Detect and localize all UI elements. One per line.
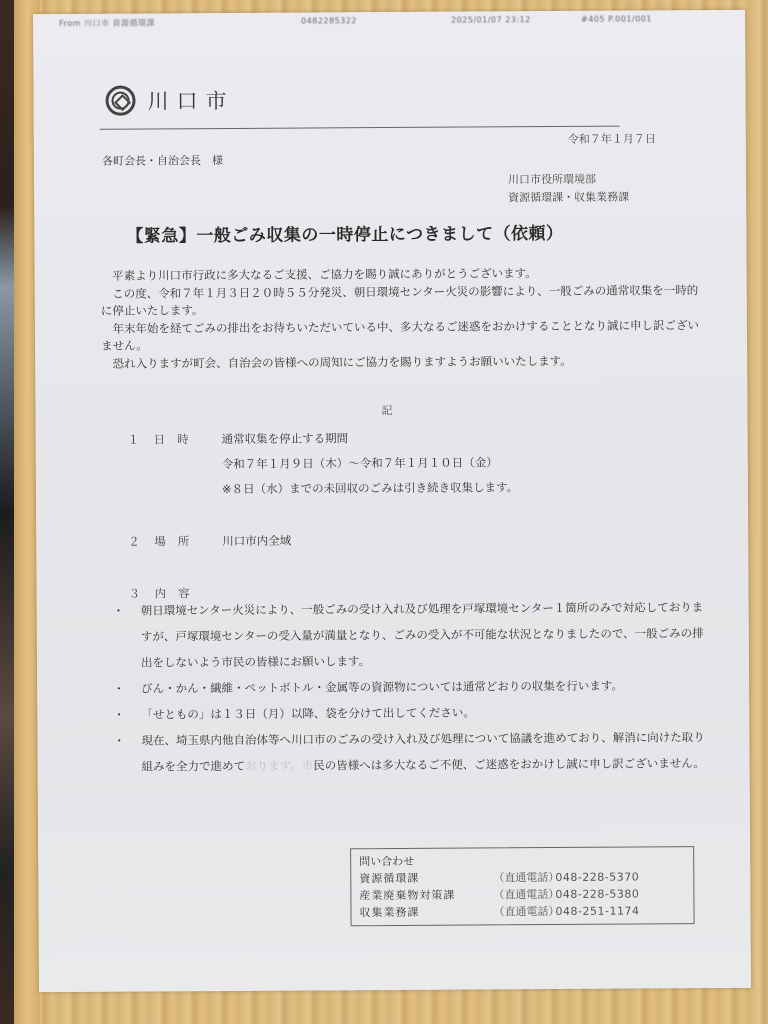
- contact-heading: 問い合わせ: [359, 851, 685, 870]
- letterhead: 川口市: [105, 85, 234, 116]
- sender-department: 川口市役所環境部: [508, 171, 629, 190]
- contact-kind: （直通電話）: [493, 886, 555, 903]
- contact-phone: 048-228-5370: [555, 868, 639, 886]
- sender-sections: 資源循環課・収集業務課: [508, 189, 629, 208]
- notice-title: 【緊急】一般ごみ収集の一時停止につきまして（依頼）: [126, 219, 563, 247]
- bullet-item: ・ 現在、埼玉県内他自治体等へ川口市のごみの受け入れ及び処理について協議を進めて…: [113, 724, 713, 780]
- bullet-dot-icon: ・: [113, 702, 141, 728]
- fax-page: #405 P.001/001: [581, 14, 652, 23]
- section-1-number: １: [128, 432, 140, 448]
- fax-from: From 川口市 資源循環課: [59, 17, 155, 29]
- body-paragraph: 年末年始を経てごみの排出をお待ちいただいている中、多大なるご迷惑をおかけすること…: [101, 317, 701, 356]
- bullet-text-part: 民の皆様へは多大なるご不便、ご迷惑をおかけし誠に申し訳ございません。: [313, 756, 705, 772]
- section-2-number: ２: [128, 534, 140, 550]
- section-1-line: ※８日（水）までの未回収のごみは引き続き収集します。: [222, 479, 518, 497]
- header-divider: [100, 126, 620, 130]
- bullet-text: 「せともの」は１３日（月）以降、袋を分けて出してください。: [141, 699, 475, 727]
- bullet-dot-icon: ・: [113, 598, 141, 676]
- bullet-dot-icon: ・: [113, 728, 141, 780]
- body-paragraphs: 平素より川口市行政に多大なるご支援、ご協力を賜り誠にありがとうございます。 この…: [101, 264, 702, 373]
- content-bullets: ・ 朝日環境センター火災により、一般ごみの受け入れ及び処理を戸塚環境センター１箇…: [113, 594, 714, 780]
- contact-phone: 048-228-5380: [555, 885, 639, 903]
- section-1-line: 令和７年１月９日（木）～令和７年１月１０日（金）: [222, 454, 498, 472]
- contact-row: 資源循環課 （直通電話） 048-228-5370: [359, 868, 685, 887]
- section-2-line: 川口市内全域: [222, 533, 291, 549]
- contact-dept: 産業廃棄物対策課: [359, 886, 493, 904]
- bullet-item: ・ 「せともの」は１３日（月）以降、袋を分けて出してください。: [113, 698, 713, 728]
- bullet-text-faded-part: おります。市: [245, 758, 313, 772]
- addressee: 各町会長・自治会長 様: [102, 152, 223, 169]
- fax-timestamp: 2025/01/07 23:12: [451, 15, 531, 24]
- contact-row: 産業廃棄物対策課 （直通電話） 048-228-5380: [359, 885, 685, 904]
- section-1-line: 通常収集を停止する期間: [222, 430, 349, 447]
- bullet-text: びん・かん・繊維・ペットボトル・金属等の資源物については通常どおりの収集を行いま…: [141, 673, 623, 702]
- contact-phone: 048-251-1174: [555, 902, 639, 920]
- ki-marker: 記: [381, 402, 392, 418]
- contact-dept: 資源循環課: [359, 869, 493, 887]
- fax-number: 0482285322: [301, 16, 357, 25]
- contact-dept: 収集業務課: [359, 903, 493, 921]
- city-name: 川口市: [147, 85, 234, 116]
- city-emblem-icon: [105, 86, 135, 116]
- bullet-dot-icon: ・: [113, 676, 141, 702]
- bullet-item: ・ びん・かん・繊維・ペットボトル・金属等の資源物については通常どおりの収集を行…: [113, 672, 713, 702]
- printed-notice-page: From 川口市 資源循環課 0482285322 2025/01/07 23:…: [33, 10, 751, 992]
- contact-box: 問い合わせ 資源循環課 （直通電話） 048-228-5370 産業廃棄物対策課…: [350, 846, 694, 926]
- body-paragraph: この度、令和７年１月３日２０時５５分発災、朝日環境センター火災の影響により、一般…: [101, 282, 701, 321]
- contact-kind: （直通電話）: [493, 903, 555, 920]
- contact-row: 収集業務課 （直通電話） 048-251-1174: [359, 902, 685, 921]
- sender-block: 川口市役所環境部 資源循環課・収集業務課: [508, 171, 629, 208]
- section-1-label: 日時: [154, 431, 201, 447]
- body-paragraph: 恐れ入りますが町会、自治会の皆様への周知にご協力を賜りますようお願いいたします。: [101, 352, 701, 373]
- contact-kind: （直通電話）: [493, 869, 555, 886]
- document-date: 令和７年１月７日: [568, 130, 656, 147]
- bullet-text: 朝日環境センター火災により、一般ごみの受け入れ及び処理を戸塚環境センター１箇所の…: [141, 594, 713, 675]
- section-2-label: 場所: [154, 533, 201, 549]
- bullet-text: 現在、埼玉県内他自治体等へ川口市のごみの受け入れ及び処理について協議を進めており…: [141, 724, 713, 779]
- bullet-item: ・ 朝日環境センター火災により、一般ごみの受け入れ及び処理を戸塚環境センター１箇…: [113, 594, 713, 676]
